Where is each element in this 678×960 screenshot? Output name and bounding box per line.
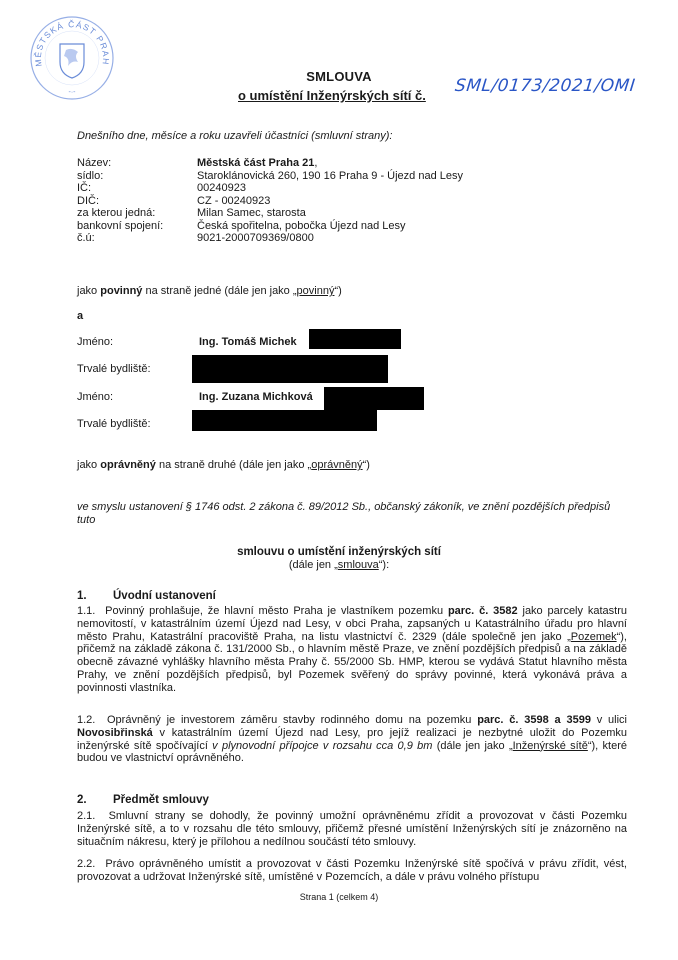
field-value: Staroklánovická 260, 190 16 Praha 9 - Új… (197, 170, 463, 183)
section-1-heading: 1.Úvodní ustanovení (77, 590, 216, 603)
paragraph-2-1: 2.1. Smluvní strany se dohodly, že povin… (77, 810, 627, 848)
field-label: sídlo: (77, 170, 197, 183)
paragraph-1-1: 1.1. Povinný prohlašuje, že hlavní město… (77, 605, 627, 695)
party1-role: jako povinný na straně jedné (dále jen j… (77, 285, 342, 298)
redaction-block (309, 329, 401, 349)
redaction-block (324, 387, 424, 410)
field-label: č.ú: (77, 232, 197, 245)
party1-row: bankovní spojení:Česká spořitelna, poboč… (77, 220, 463, 233)
party1-row: č.ú:9021-2000709369/0800 (77, 232, 463, 245)
party1-row: IČ:00240923 (77, 182, 463, 195)
field-value: Městská část Praha 21 (197, 157, 314, 170)
paragraph-2-2: 2.2. Právo oprávněného umístit a provozo… (77, 858, 627, 884)
party1-row: za kterou jedná:Milan Samec, starosta (77, 207, 463, 220)
party2-name2: Ing. Zuzana Michková (199, 391, 313, 404)
field-value: 9021-2000709369/0800 (197, 232, 314, 245)
field-label: DIČ: (77, 195, 197, 208)
party1-row: Název:Městská část Praha 21, (77, 157, 463, 170)
official-stamp: MĚSTSKÁ ČÁST PRAHA 21 -·- (28, 14, 116, 102)
party2-name1: Ing. Tomáš Michek (199, 336, 297, 349)
contract-heading-sub: (dále jen „smlouva“): (0, 559, 678, 572)
party2-name2-label: Jméno: (77, 391, 113, 404)
and-separator: a (77, 310, 83, 323)
page-number: Strana 1 (celkem 4) (0, 891, 678, 904)
field-label: bankovní spojení: (77, 220, 197, 233)
contract-heading: smlouvu o umístění inženýrských sítí (0, 546, 678, 559)
intro-text: Dnešního dne, měsíce a roku uzavřeli úča… (77, 130, 392, 143)
section-2-heading: 2.Předmět smlouvy (77, 794, 209, 807)
party2-name1-label: Jméno: (77, 336, 113, 349)
party2-address2-label: Trvalé bydliště: (77, 418, 151, 431)
party1-details: Název:Městská část Praha 21,sídlo:Starok… (77, 157, 463, 245)
contract-number-handwritten: SML/0173/2021/OMI (454, 80, 636, 93)
field-value: CZ - 00240923 (197, 195, 270, 208)
role-opravneny: oprávněný (100, 459, 156, 471)
field-value: 00240923 (197, 182, 246, 195)
role-povinny: povinný (100, 285, 142, 297)
field-label: Název: (77, 157, 197, 170)
redaction-block (192, 410, 377, 431)
field-value: Česká spořitelna, pobočka Újezd nad Lesy (197, 220, 406, 233)
party2-role: jako oprávněný na straně druhé (dále jen… (77, 459, 370, 472)
field-suffix: , (314, 157, 317, 170)
field-value: Milan Samec, starosta (197, 207, 306, 220)
svg-text:-·-: -·- (69, 89, 77, 96)
field-label: IČ: (77, 182, 197, 195)
redaction-block (192, 355, 388, 383)
party2-address1-label: Trvalé bydliště: (77, 363, 151, 376)
paragraph-1-2: 1.2. Oprávněný je investorem záměru stav… (77, 714, 627, 765)
field-label: za kterou jedná: (77, 207, 197, 220)
legal-basis-text: ve smyslu ustanovení § 1746 odst. 2 záko… (77, 501, 622, 527)
document-subtitle: o umístění Inženýrských sítí č. (238, 89, 426, 102)
party1-row: sídlo:Staroklánovická 260, 190 16 Praha … (77, 170, 463, 183)
party1-row: DIČ:CZ - 00240923 (77, 195, 463, 208)
